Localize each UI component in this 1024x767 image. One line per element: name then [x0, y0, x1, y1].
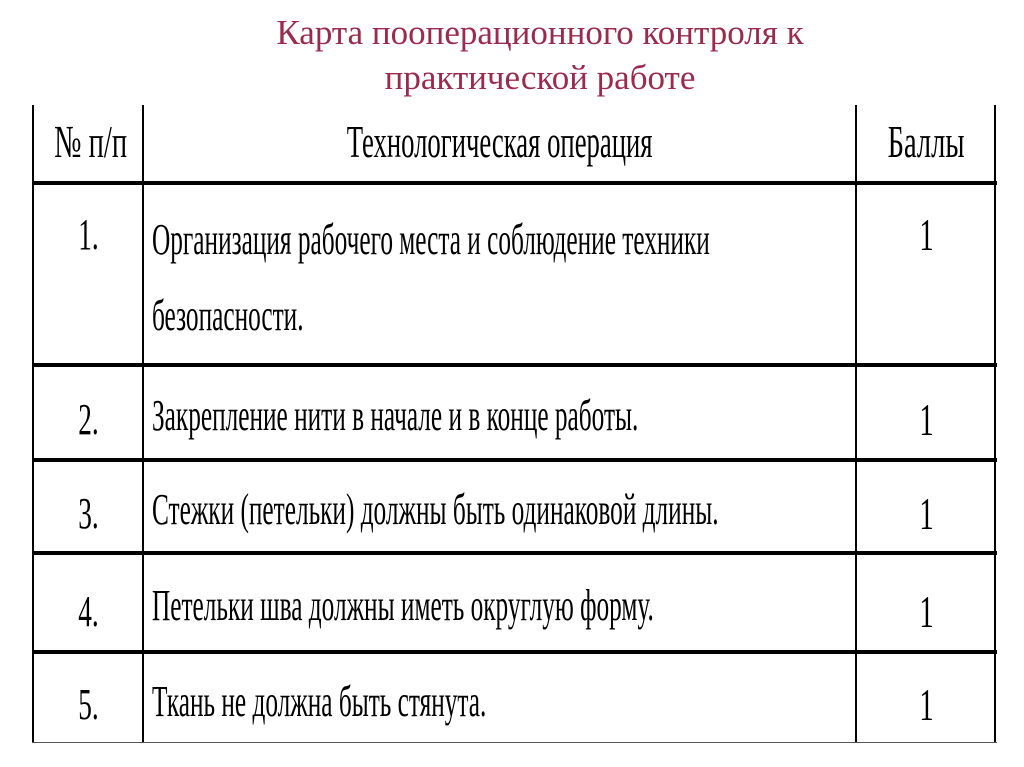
table-row-2-score: 1: [858, 380, 994, 460]
score-value: 1: [919, 572, 933, 652]
table-row-3-number: 3.: [34, 474, 142, 554]
row-number: 3.: [78, 474, 98, 554]
table-border-right: [994, 105, 996, 742]
table-row-5-score: 1: [858, 665, 994, 745]
header-operation: Технологическая операция: [144, 112, 855, 172]
table-row-2-operation: Закрепление нити в начале и в конце рабо…: [152, 376, 852, 456]
row-separator: [32, 458, 997, 462]
operation-text: Закрепление нити в начале и в конце рабо…: [152, 376, 638, 456]
table-row-3-score: 1: [858, 474, 994, 554]
operation-text-line-1: Организация рабочего места и соблюдение …: [152, 200, 710, 280]
table-row-4-operation: Петельки шва должны иметь округлую форму…: [152, 566, 852, 646]
table-row-5-operation: Ткань не должна быть стянута.: [152, 662, 852, 742]
header-score-label: Баллы: [888, 112, 965, 172]
operation-text-line-2: безопасности.: [152, 276, 304, 356]
slide-title-line-2: практической работе: [0, 55, 1024, 100]
row-number: 4.: [78, 572, 98, 652]
table-divider-operation-score: [855, 105, 857, 742]
row-separator: [32, 363, 997, 367]
score-value: 1: [919, 665, 933, 745]
table-row-4-score: 1: [858, 572, 994, 652]
row-number: 2.: [78, 380, 98, 460]
table-row-5-number: 5.: [34, 665, 142, 745]
header-separator: [32, 181, 997, 185]
header-number: № п/п: [32, 112, 144, 172]
slide-title-line-1: Карта пооперационного контроля к: [0, 10, 1024, 55]
row-separator: [32, 650, 997, 654]
table-row-2-number: 2.: [34, 380, 142, 460]
score-value: 1: [919, 380, 933, 460]
table-row-3-operation: Стежки (петельки) должны быть одинаковой…: [152, 470, 852, 550]
table-row-4-number: 4.: [34, 572, 142, 652]
table-divider-number-operation: [142, 105, 144, 742]
slide-title: Карта пооперационного контроля к практич…: [0, 10, 1024, 100]
row-number: 1.: [78, 200, 98, 270]
header-operation-label: Технологическая операция: [347, 112, 653, 172]
table-row-1-score: 1: [858, 200, 994, 270]
header-score: Баллы: [858, 112, 994, 172]
operation-text: Стежки (петельки) должны быть одинаковой…: [152, 470, 719, 550]
operation-text: Ткань не должна быть стянута.: [152, 662, 486, 742]
score-value: 1: [919, 474, 933, 554]
row-separator: [32, 551, 997, 555]
operation-text: Петельки шва должны иметь округлую форму…: [152, 566, 654, 646]
table-border-bottom: [32, 742, 997, 743]
header-number-label: № п/п: [54, 112, 127, 172]
score-value: 1: [919, 200, 933, 270]
table-row-1-operation: Организация рабочего места и соблюдение …: [152, 200, 852, 356]
row-number: 5.: [78, 665, 98, 745]
table-row-1-number: 1.: [34, 200, 142, 270]
